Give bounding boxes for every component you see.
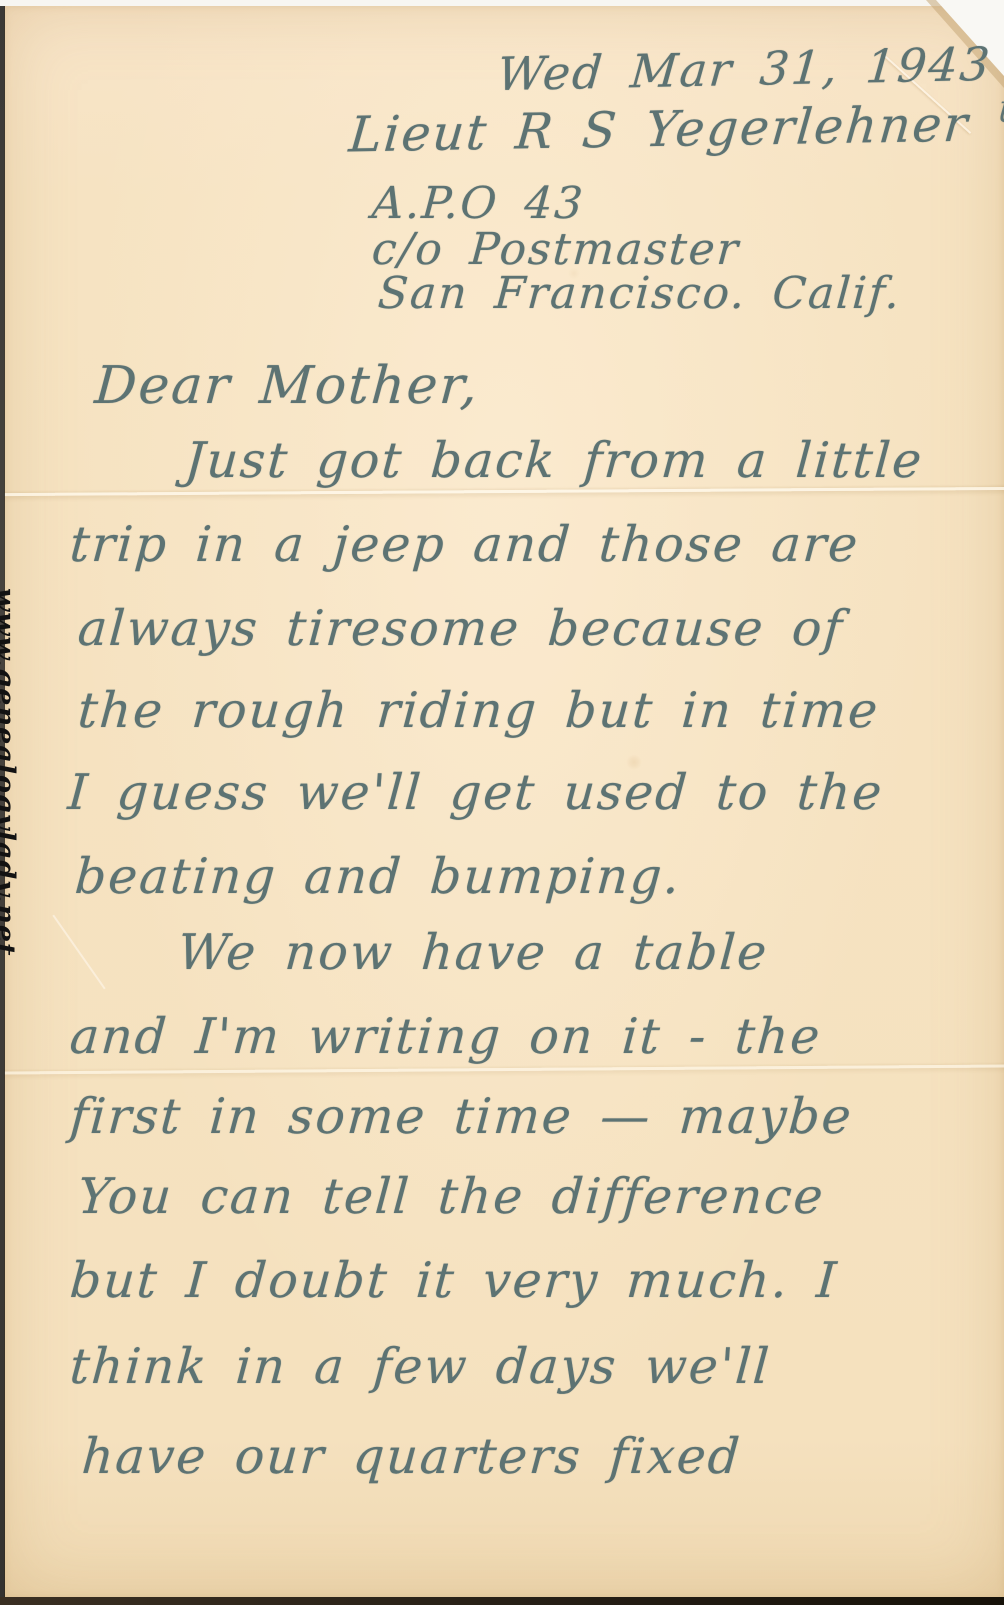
body-line: have our quarters fixed bbox=[80, 1428, 743, 1485]
body-line: the rough riding but in time bbox=[76, 682, 881, 739]
sender-service-branch: USNR bbox=[996, 95, 1004, 130]
small-crease bbox=[52, 915, 105, 990]
body-line: always tiresome because of bbox=[76, 600, 846, 657]
sender-name: Lieut R S Yegerlehner bbox=[347, 96, 972, 164]
body-line: and I'm writing on it - the bbox=[68, 1008, 823, 1065]
body-line: beating and bumping. bbox=[73, 848, 683, 905]
letter-scan: Wed Mar 31, 1943 Lieut R S Yegerlehner U… bbox=[0, 0, 1004, 1605]
sender-line: Lieut R S Yegerlehner USNR bbox=[347, 94, 1004, 164]
body-line: We now have a table bbox=[176, 924, 770, 981]
body-line: trip in a jeep and those are bbox=[68, 516, 861, 573]
date-line: Wed Mar 31, 1943 bbox=[495, 37, 993, 101]
salutation: Dear Mother, bbox=[93, 356, 481, 416]
scan-edge-bottom bbox=[0, 1597, 1004, 1605]
fold-crease-lower bbox=[4, 1064, 1004, 1074]
body-line: Just got back from a little bbox=[183, 432, 925, 489]
watermark-url: www.genealogylady.net bbox=[0, 588, 20, 957]
address-line-apo: A.P.O 43 bbox=[370, 178, 586, 229]
body-line: You can tell the difference bbox=[76, 1168, 827, 1225]
body-line: I guess we'll get used to the bbox=[66, 764, 885, 821]
address-line-city: San Francisco. Calif. bbox=[376, 268, 903, 319]
body-line: first in some time — maybe bbox=[68, 1088, 855, 1145]
body-line: but I doubt it very much. I bbox=[68, 1252, 840, 1309]
body-line: think in a few days we'll bbox=[68, 1338, 773, 1395]
